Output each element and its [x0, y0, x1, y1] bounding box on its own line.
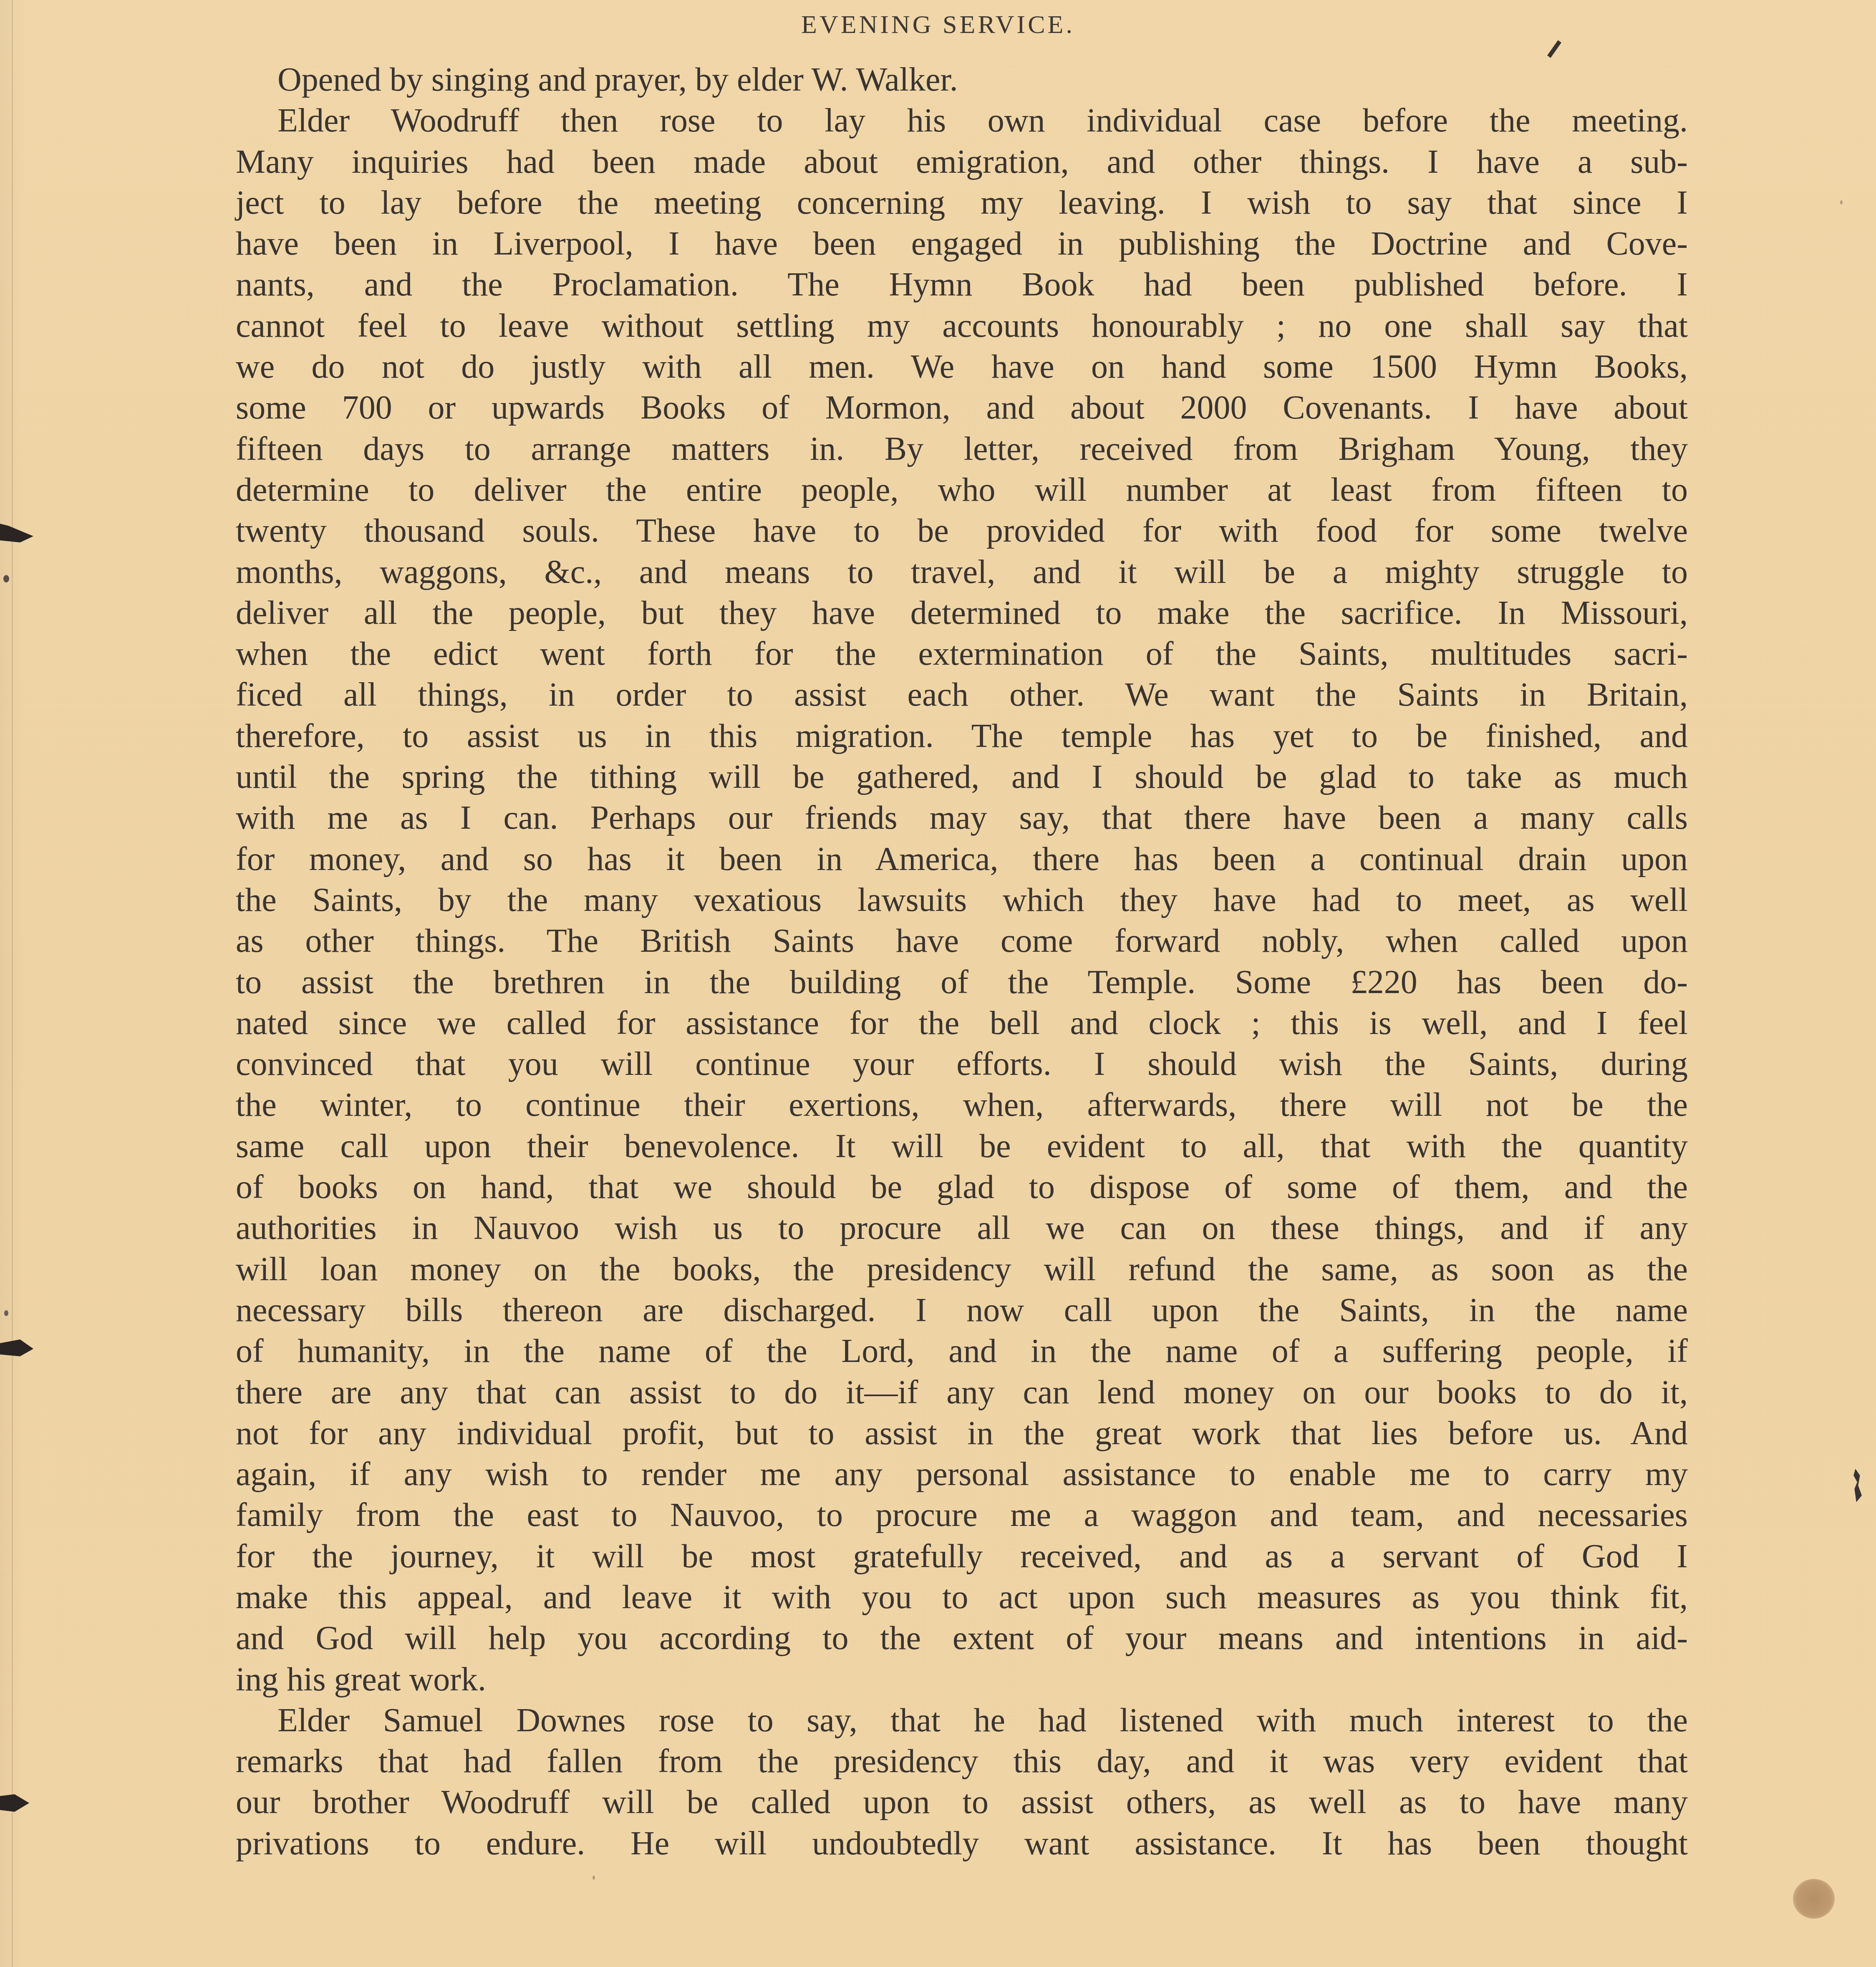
paragraph-line: when the edict went forth for the exterm…	[236, 633, 1688, 674]
margin-dot-icon	[3, 575, 9, 583]
paragraph-line: of humanity, in the name of the Lord, an…	[236, 1331, 1688, 1372]
paragraph-line: cannot feel to leave without settling my…	[236, 305, 1688, 346]
paragraph-line: deliver all the people, but they have de…	[236, 593, 1688, 633]
paragraph-line: not for any individual profit, but to as…	[236, 1413, 1688, 1454]
paragraph-line: to assist the brethren in the building o…	[236, 962, 1688, 1003]
paragraph-line: Elder Woodruff then rose to lay his own …	[236, 100, 1688, 141]
paragraph-line: our brother Woodruff will be called upon…	[236, 1782, 1688, 1823]
paragraph-line: nants, and the Proclamation. The Hymn Bo…	[236, 264, 1688, 305]
paragraph-line: ing his great work.	[236, 1659, 1688, 1700]
paragraph-line: therefore, to assist us in this migratio…	[236, 716, 1688, 757]
margin-ink-blot-icon	[0, 524, 33, 545]
paragraph-line: fifteen days to arrange matters in. By l…	[236, 429, 1688, 469]
paragraph-line: with me as I can. Perhaps our friends ma…	[236, 797, 1688, 838]
section-heading: EVENING SERVICE.	[0, 12, 1876, 38]
paragraph-line: make this appeal, and leave it with you …	[236, 1577, 1688, 1618]
paragraph-line: some 700 or upwards Books of Mormon, and…	[236, 387, 1688, 428]
paragraph-line: for the journey, it will be most gratefu…	[236, 1536, 1688, 1577]
scanned-page: EVENING SERVICE. Opened by singing and p…	[0, 0, 1876, 1967]
paper-speck	[593, 1876, 595, 1880]
edge-ink-mark-icon	[1853, 1469, 1862, 1502]
paragraph-line: ficed all things, in order to assist eac…	[236, 674, 1688, 715]
paragraph-line: months, waggons, &c., and means to trave…	[236, 552, 1688, 593]
paragraph-line: remarks that had fallen from the preside…	[236, 1741, 1688, 1782]
paragraph-line: the Saints, by the many vexatious lawsui…	[236, 880, 1688, 920]
paragraph-line: and God will help you according to the e…	[236, 1618, 1688, 1659]
paragraph-line: Many inquiries had been made about emigr…	[236, 141, 1688, 182]
paragraph-line: twenty thousand souls. These have to be …	[236, 510, 1688, 551]
paragraph-line: authorities in Nauvoo wish us to procure…	[236, 1208, 1688, 1248]
margin-dot-icon	[4, 1310, 8, 1316]
body-text: Opened by singing and prayer, by elder W…	[236, 59, 1688, 1864]
paragraph-line: same call upon their benevolence. It wil…	[236, 1126, 1688, 1167]
paragraph-line: until the spring the tithing will be gat…	[236, 757, 1688, 797]
pen-mark-icon	[1547, 40, 1561, 58]
paragraph-line: family from the east to Nauvoo, to procu…	[236, 1495, 1688, 1536]
paragraph-line: necessary bills thereon are discharged. …	[236, 1290, 1688, 1331]
margin-ink-blot-icon	[0, 1339, 33, 1358]
paragraph-line: Opened by singing and prayer, by elder W…	[236, 59, 1688, 100]
binding-edge	[12, 0, 13, 1967]
paragraph-line: of books on hand, that we should be glad…	[236, 1167, 1688, 1208]
paragraph-line: again, if any wish to render me any pers…	[236, 1454, 1688, 1495]
paragraph-line: there are any that can assist to do it—i…	[236, 1372, 1688, 1413]
paragraph-line: convinced that you will continue your ef…	[236, 1044, 1688, 1084]
paragraph-line: we do not do justly with all men. We hav…	[236, 346, 1688, 387]
paragraph-line: as other things. The British Saints have…	[236, 920, 1688, 961]
paragraph-line: have been in Liverpool, I have been enga…	[236, 223, 1688, 264]
paragraph-line: will loan money on the books, the presid…	[236, 1249, 1688, 1290]
paragraph-line: privations to endure. He will undoubtedl…	[236, 1823, 1688, 1864]
paragraph-line: for money, and so has it been in America…	[236, 839, 1688, 880]
paragraph-line: Elder Samuel Downes rose to say, that he…	[236, 1700, 1688, 1741]
paragraph-line: nated since we called for assistance for…	[236, 1003, 1688, 1044]
margin-ink-blot-icon	[0, 1794, 29, 1812]
paper-stain	[1793, 1879, 1835, 1919]
paragraph-line: ject to lay before the meeting concernin…	[236, 182, 1688, 223]
paragraph-line: the winter, to continue their exertions,…	[236, 1084, 1688, 1125]
paper-speck	[1840, 200, 1843, 204]
paragraph-line: determine to deliver the entire people, …	[236, 469, 1688, 510]
